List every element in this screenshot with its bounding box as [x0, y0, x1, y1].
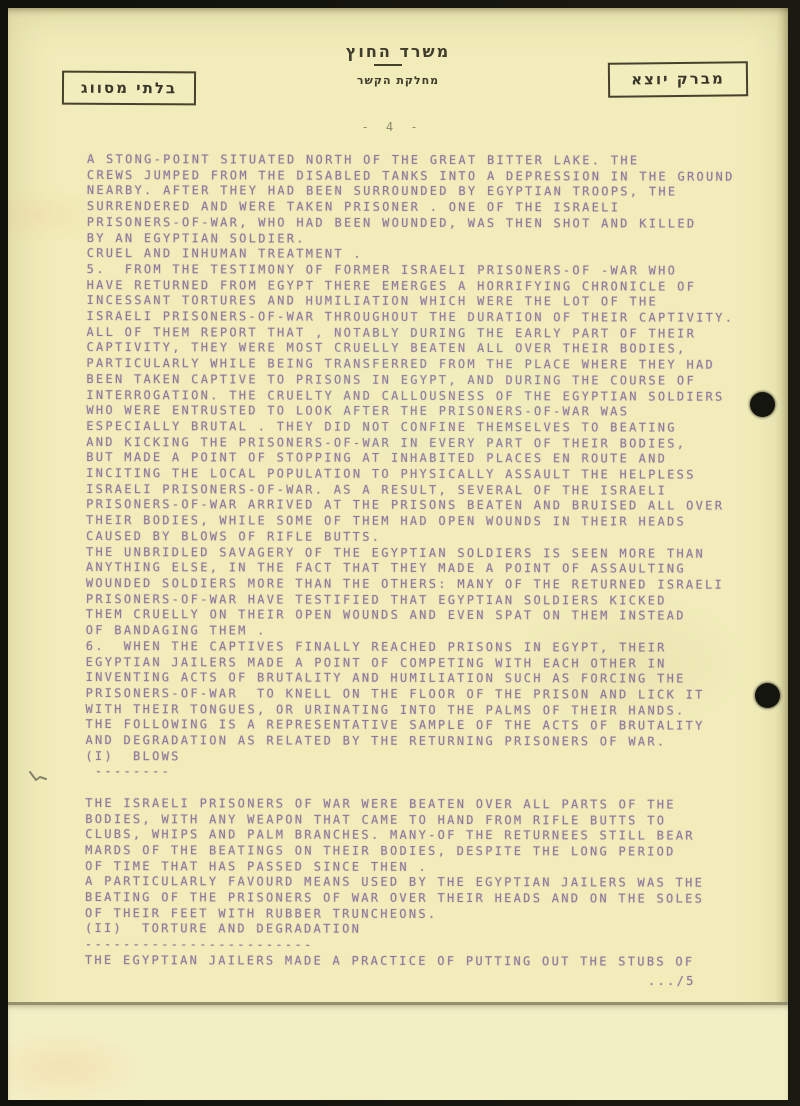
document-paper: משרד החוץ מחלקת הקשר בלתי מסווג מברק יוצ…: [8, 8, 788, 1100]
title-underline: [374, 64, 402, 66]
hole-punch-bottom: [755, 683, 780, 708]
typewritten-body: A STONG-POINT SITUATED NORTH OF THE GREA…: [85, 152, 735, 970]
scan-background: משרד החוץ מחלקת הקשר בלתי מסווג מברק יוצ…: [0, 0, 800, 1106]
page-number: - 4 -: [344, 120, 440, 134]
handwritten-mark: [26, 768, 50, 786]
paper-crease: [8, 1002, 788, 1100]
continuation-marker: .../5: [648, 974, 696, 988]
hole-punch-top: [750, 392, 775, 417]
stamp-outgoing-telegram: מברק יוצא: [608, 61, 748, 97]
ministry-title: משרד החוץ: [8, 42, 788, 61]
stamp-unclassified: בלתי מסווג: [62, 71, 196, 106]
